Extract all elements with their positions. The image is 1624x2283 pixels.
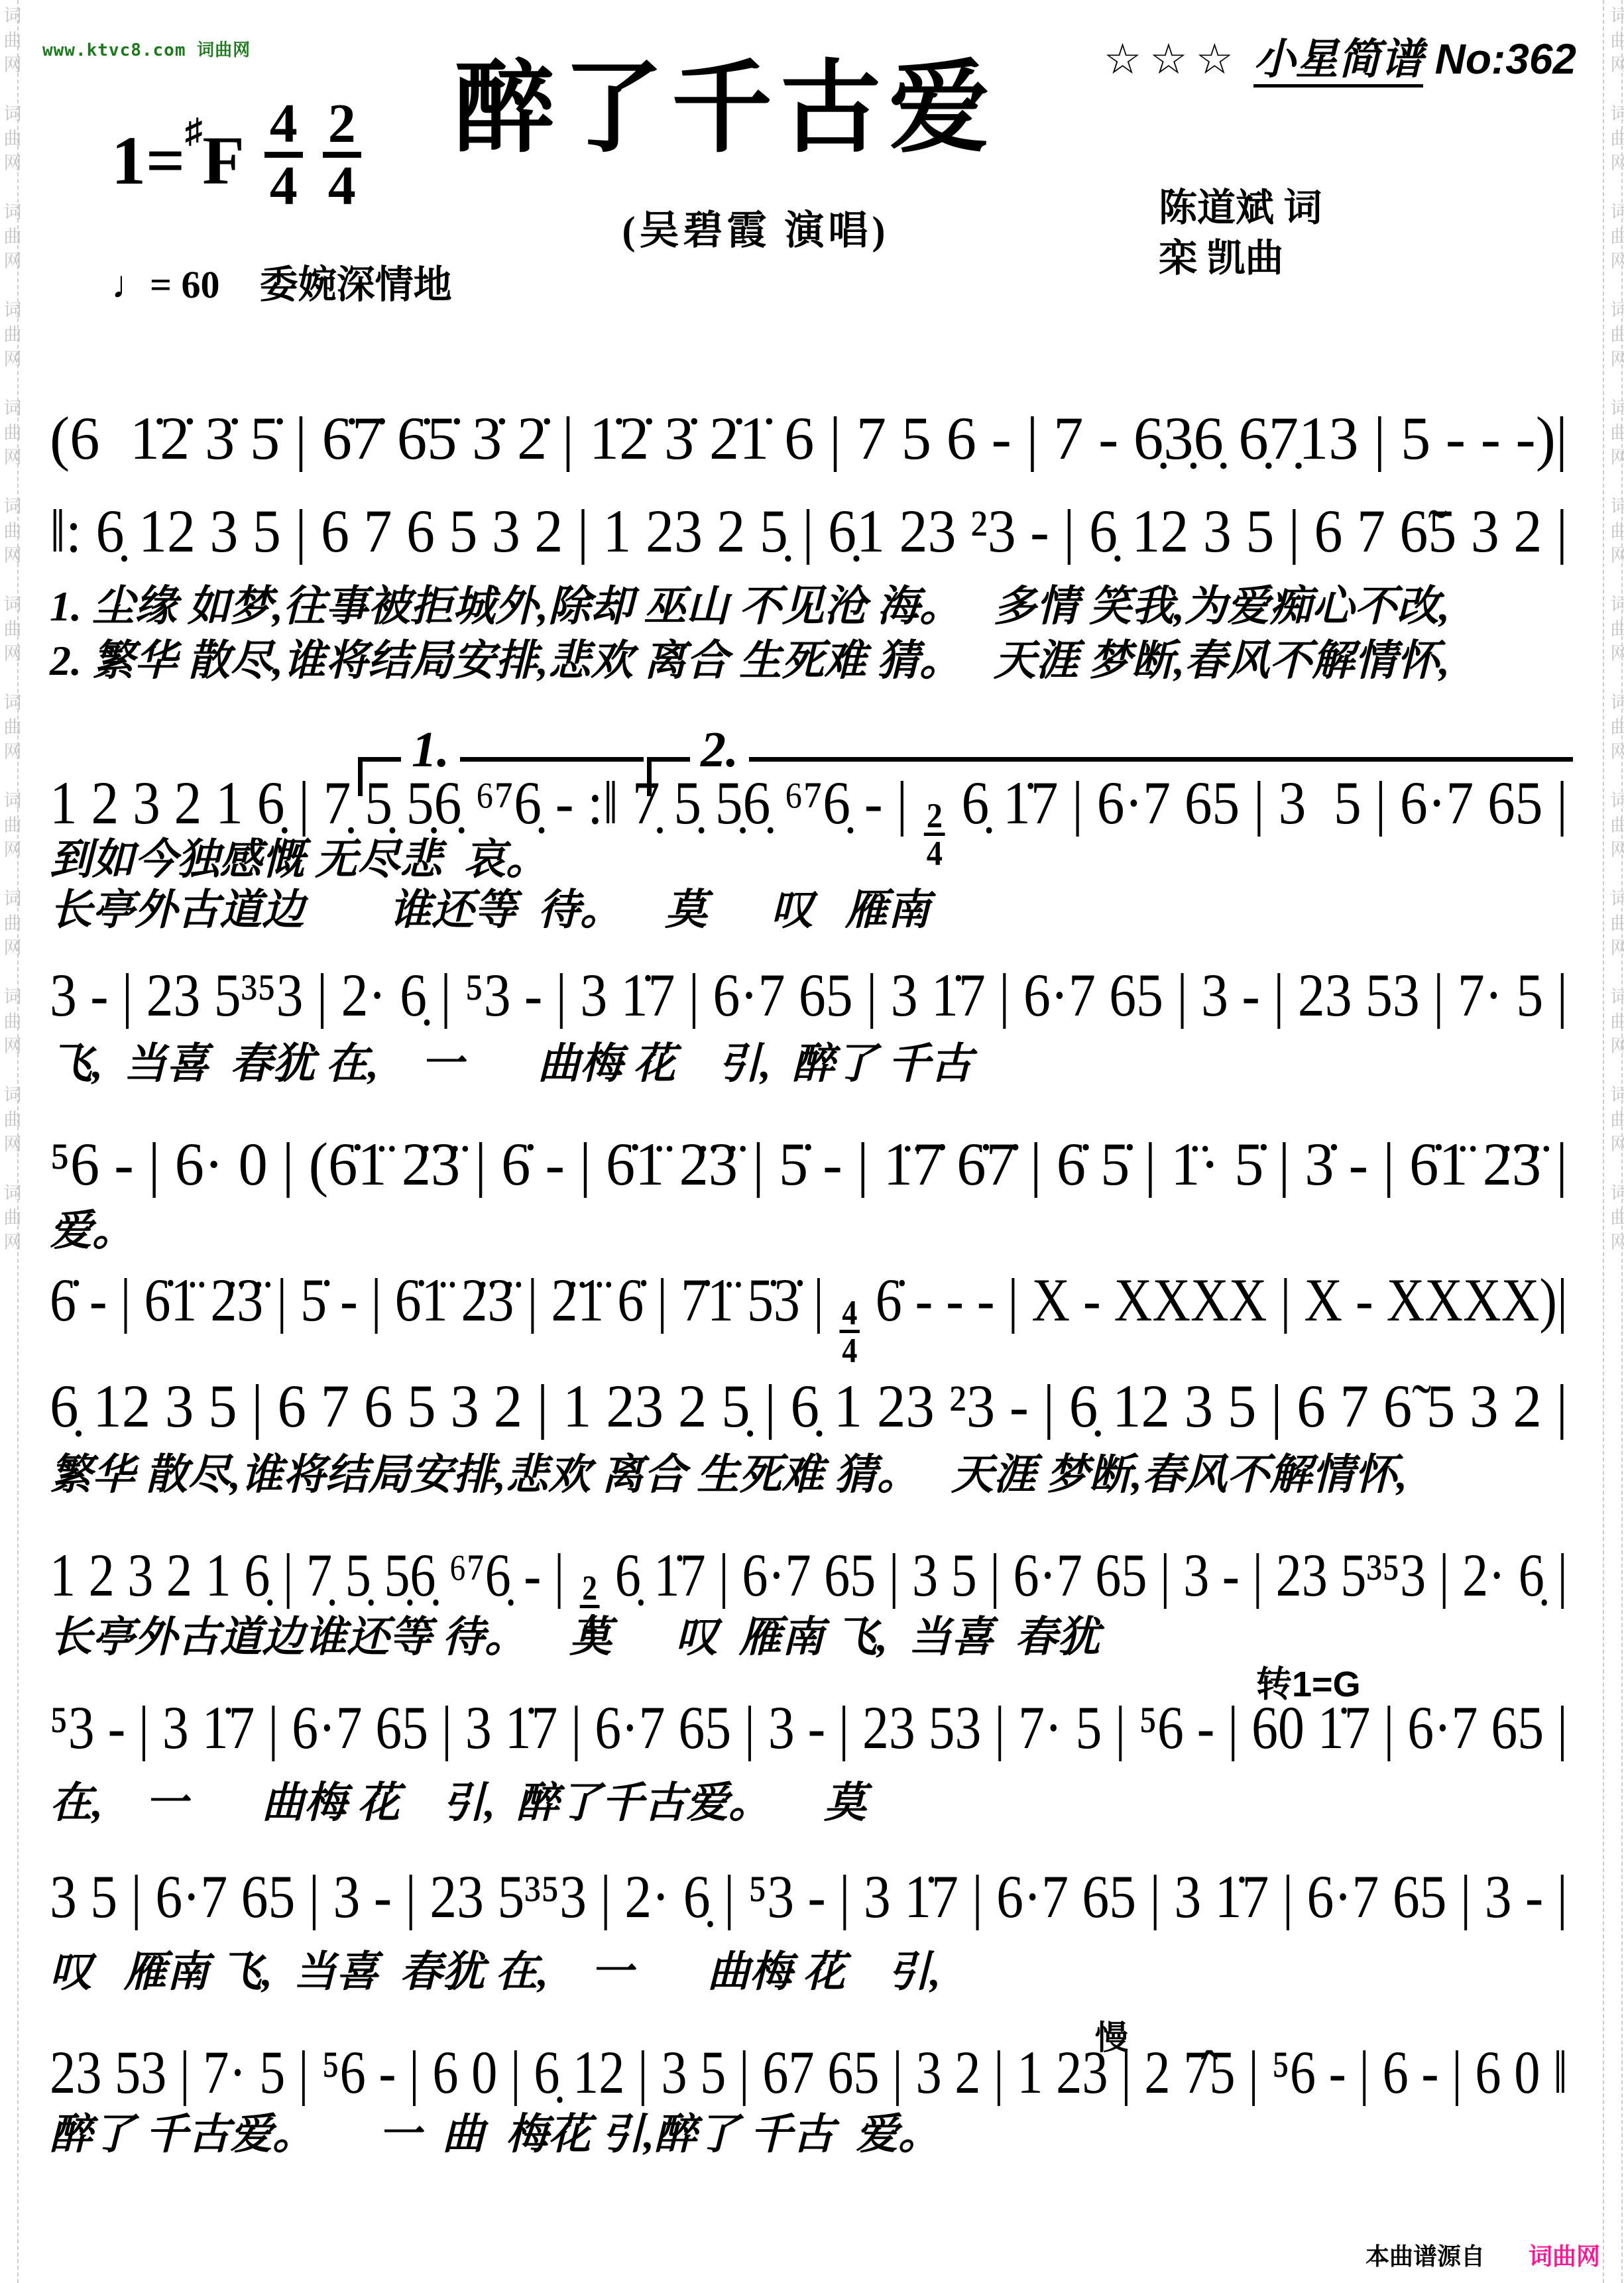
- notation-line-4: 3 - | 23 5³⁵3 | 2· 6̣ | ⁵3 - | 3 1̇7 | 6…: [50, 965, 1568, 1025]
- notation-text: 3 - | 23 5³⁵3 | 2· 6̣ | ⁵3 - | 3 1̇7 | 6…: [50, 965, 1568, 1025]
- notation-text: ⁵3 - | 3 1̇7 | 6·7 65 | 3 1̇7 | 6·7 65 |…: [50, 1697, 1568, 1758]
- notation-line-2: ‖: 6̣ 12 3 5 | 6 7 6 5 3 2 | 1 23 2 5̣ |…: [50, 500, 1568, 561]
- expression-text: 委婉深情地: [260, 263, 452, 306]
- notation-text: ⁵6 - | 6· 0 | (6̇1̈ 2̈3̈ | 6̇ - | 6̇1̈ 2…: [50, 1134, 1568, 1195]
- notation-line-1: (6 1̇2̇ 3̇ 5̇ | 6̇7̇ 6̇5̇ 3̇ 2̇ | 1̇2̇ 3…: [50, 408, 1568, 469]
- notation-text: 6̣ 12 3 5 | 6 7 6 5 3 2 | 1 23 2 5̣ | 6̣…: [50, 1376, 1568, 1436]
- notation-text: 23 53 | 7· 5 | ⁵6 - | 6 0 | 6̣ 12 | 3 5 …: [50, 2042, 1568, 2103]
- lyricist-credit: 陈道斌 词: [1159, 186, 1322, 229]
- right-dashed-rule: [1603, 0, 1604, 2283]
- composer-credit: 栾 凯曲: [1159, 237, 1284, 280]
- notation-line-10: 3 5 | 6·7 65 | 3 - | 23 5³⁵3 | 2· 6̣ | ⁵…: [50, 1866, 1568, 1927]
- tempo-line: ♩= 60委婉深情地: [111, 253, 452, 309]
- left-dashed-rule: [17, 0, 19, 2283]
- footer-credit: 本曲谱源自词曲网: [1365, 2238, 1600, 2272]
- notation-text: (6 1̇2̇ 3̇ 5̇ | 6̇7̇ 6̇5̇ 3̇ 2̇ | 1̇2̇ 3…: [50, 408, 1568, 469]
- lyric-line-7-1: 繁华 散尽,谁将结局安排,悲欢 离合 生死难 猜。 天涯 梦断,春风不解情怀,: [50, 1452, 1568, 1498]
- credits: 陈道斌 词 栾 凯曲: [1159, 183, 1322, 284]
- lyric-text: 繁华 散尽,谁将结局安排,悲欢 离合 生死难 猜。 天涯 梦断,春风不解情怀,: [50, 1452, 1407, 1498]
- lyric-line-10-1: 叹 雁南 飞, 当喜 春犹 在, 一 曲梅 花 引,: [50, 1949, 1568, 1995]
- notation-line-9: ⁵3 - | 3 1̇7 | 6·7 65 | 3 1̇7 | 6·7 65 |…: [50, 1697, 1568, 1758]
- time-signature-4-4: 44: [264, 98, 303, 212]
- tempo-mark: ♩= 60: [111, 263, 220, 306]
- inline-time-signature: 44: [840, 1297, 860, 1366]
- notation-text: ‖: 6̣ 12 3 5 | 6 7 6 5 3 2 | 1 23 2 5̣ |…: [50, 500, 1568, 561]
- site-url-watermark: www.ktvc8.com 词曲网: [42, 36, 251, 61]
- footer-site-name: 词曲网: [1529, 2243, 1600, 2270]
- footer-prefix: 本曲谱源自: [1365, 2243, 1485, 2270]
- lyric-text: 长亭外古道边谁还等 待。 莫 叹 雁南 飞, 当喜 春犹: [50, 1614, 1100, 1661]
- lyric-text: 1. 尘缘 如梦,往事被拒城外,除却 巫山 不见沧 海。 多情 笑我,为爱痴心不…: [50, 583, 1450, 630]
- lyric-line-9-1: 在, 一 曲梅 花 引, 醉了千古爱。 莫: [50, 1780, 1568, 1826]
- volta-2-label: 2.: [690, 725, 749, 775]
- notation-line-11: 23 53 | 7· 5 | ⁵6 - | 6 0 | 6̣ 12 | 3 5 …: [50, 2042, 1568, 2103]
- lyric-line-5-1: 爱。: [50, 1208, 1568, 1254]
- lyric-text: 2. 繁华 散尽,谁将结局安排,悲欢 离合 生死难 猜。 天涯 梦断,春风不解情…: [50, 638, 1450, 684]
- right-edge-dashed-rule: [1621, 0, 1623, 2283]
- lyric-text: 叹 雁南 飞, 当喜 春犹 在, 一 曲梅 花 引,: [50, 1949, 941, 1995]
- lyric-line-11-1: 醉了 千古爱。 一 曲 梅花 引,醉了 千古 爱。: [50, 2111, 1568, 2158]
- notation-line-7: 6̣ 12 3 5 | 6 7 6 5 3 2 | 1 23 2 5̣ | 6̣…: [50, 1376, 1568, 1436]
- sheet-music-page: { "watermarks": { "corner_url": "www.ktv…: [0, 0, 1624, 2283]
- key-signature-block: 1=♯F 44 24: [111, 98, 361, 212]
- left-vertical-watermark: 词 曲 网 词 曲 网 词 曲 网 词 曲 网 词 曲 网 词 曲 网 词 曲 …: [1, 4, 24, 1279]
- volta-1-label: 1.: [401, 725, 460, 775]
- lyric-line-2-1: 1. 尘缘 如梦,往事被拒城外,除却 巫山 不见沧 海。 多情 笑我,为爱痴心不…: [50, 583, 1568, 630]
- lyric-text: 在, 一 曲梅 花 引, 醉了千古爱。 莫: [50, 1780, 866, 1826]
- lyric-line-2-2: 2. 繁华 散尽,谁将结局安排,悲欢 离合 生死难 猜。 天涯 梦断,春风不解情…: [50, 638, 1568, 684]
- lyric-line-4-1: 飞, 当喜 春犹 在, 一 曲梅 花 引, 醉了 千古: [50, 1041, 1568, 1087]
- lyric-text: 长亭外古道边 谁还等 待。 莫 叹 雁南: [50, 887, 930, 933]
- time-signature-2-4: 24: [323, 98, 361, 212]
- sharp-icon: ♯: [185, 113, 202, 150]
- lyric-text: 爱。: [50, 1208, 135, 1254]
- lyric-text: 到如今独感慨 无尽悲 哀。: [50, 837, 548, 883]
- lyric-line-3-2: 长亭外古道边 谁还等 待。 莫 叹 雁南: [50, 887, 1568, 933]
- lyric-line-8-1: 长亭外古道边谁还等 待。 莫 叹 雁南 飞, 当喜 春犹: [50, 1614, 1568, 1661]
- lyric-line-3-1: 到如今独感慨 无尽悲 哀。: [50, 837, 1568, 883]
- notation-line-5: ⁵6 - | 6· 0 | (6̇1̈ 2̈3̈ | 6̇ - | 6̇1̈ 2…: [50, 1134, 1568, 1195]
- notation-line-6: 6̇ - | 6̇1̈ 2̈3̈ | 5̇ - | 6̇1̈ 2̈3̈ | 2̈…: [50, 1269, 1568, 1366]
- key-signature: 1=♯F: [111, 115, 245, 196]
- notation-text: 6̇ - | 6̇1̈ 2̈3̈ | 5̇ - | 6̇1̈ 2̈3̈ | 2̈…: [50, 1269, 1568, 1366]
- lyric-text: 飞, 当喜 春犹 在, 一 曲梅 花 引, 醉了 千古: [50, 1041, 972, 1087]
- lyric-text: 醉了 千古爱。 一 曲 梅花 引,醉了 千古 爱。: [50, 2111, 941, 2158]
- notation-text: 3 5 | 6·7 65 | 3 - | 23 5³⁵3 | 2· 6̣ | ⁵…: [50, 1866, 1568, 1927]
